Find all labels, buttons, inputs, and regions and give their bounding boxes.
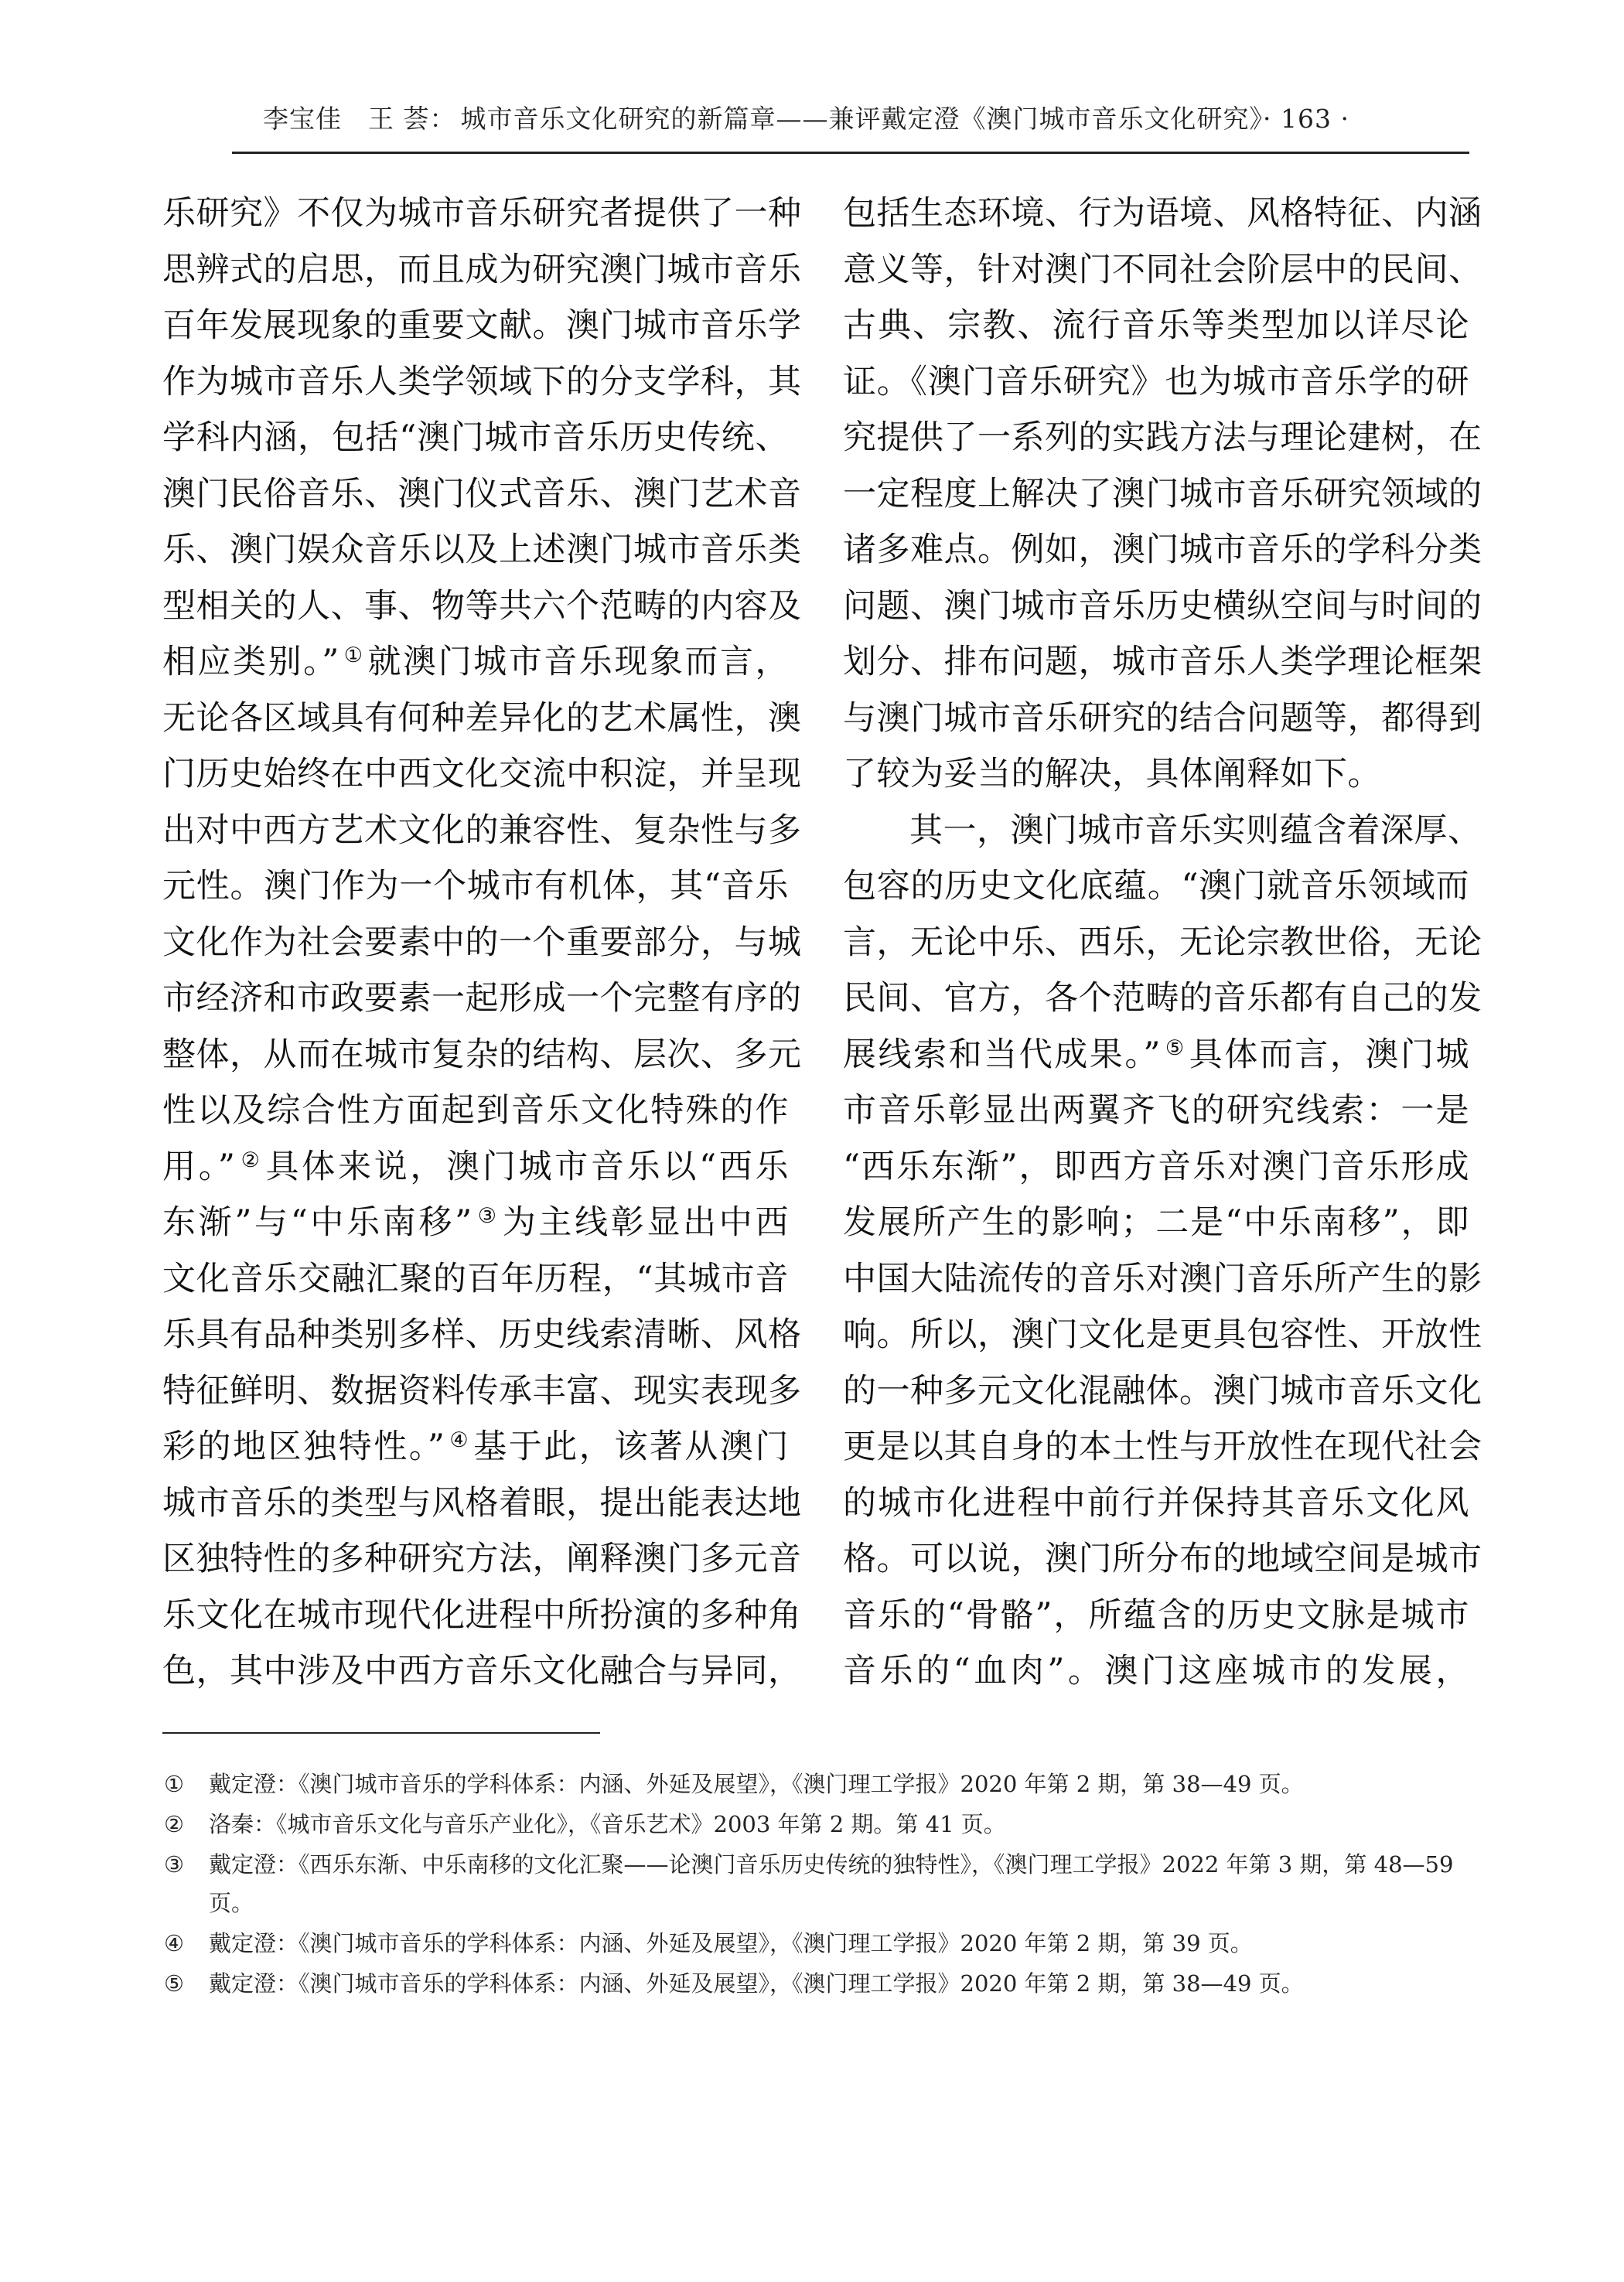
header-authors: 李宝佳 王 荟： — [263, 104, 456, 134]
text-line: 乐文化在城市现代化进程中所扮演的多种角 — [162, 1588, 789, 1644]
text-line: 性以及综合性方面起到音乐文化特殊的作 — [162, 1083, 789, 1139]
footnote-5: ⑤ 戴定澄：《澳门城市音乐的学科体系：内涵、外延及展望》，《澳门理工学报》202… — [155, 1964, 1500, 2003]
text-line: 音乐的“骨骼”，所蕴含的历史文脉是城市 — [843, 1588, 1469, 1644]
text-line: 乐、澳门娱众音乐以及上述澳门城市音乐类 — [162, 522, 789, 578]
text-line: 相应类别。”①就澳门城市音乐现象而言， — [162, 634, 789, 691]
paragraph-start: 其一，澳门城市音乐实则蕴含着深厚、 — [843, 803, 1469, 859]
footnote-text: 戴定澄：《西乐东渐、中乐南移的文化汇聚——论澳门音乐历史传统的独特性》，《澳门理… — [209, 1851, 1453, 1916]
text-line: 市经济和市政要素一起形成一个完整有序的 — [162, 970, 789, 1027]
text-line: 无论各区域具有何种差异化的艺术属性，澳 — [162, 691, 789, 747]
text-line: 言，无论中乐、西乐，无论宗教世俗，无论 — [843, 915, 1469, 971]
page-number: · 163 · — [1263, 104, 1349, 134]
text-line: 特征鲜明、数据资料传承丰富、现实表现多 — [162, 1363, 789, 1420]
text-line: 市音乐彰显出两翼齐飞的研究线索：一是 — [843, 1083, 1469, 1139]
text-line: 的城市化进程中前行并保持其音乐文化风 — [843, 1475, 1469, 1532]
text-line: 学科内涵，包括“澳门城市音乐历史传统、 — [162, 410, 789, 466]
text-line: 出对中西方艺术文化的兼容性、复杂性与多 — [162, 803, 789, 859]
footnote-ref-1[interactable]: ① — [343, 643, 365, 667]
text-line: 澳门民俗音乐、澳门仪式音乐、澳门艺术音 — [162, 466, 789, 523]
text-line: 东渐”与“中乐南移”③为主线彰显出中西 — [162, 1195, 789, 1251]
footnote-ref-2[interactable]: ② — [238, 1148, 262, 1172]
text-line: “西乐东渐”，即西方音乐对澳门音乐形成 — [843, 1139, 1469, 1196]
running-header: 李宝佳 王 荟：城市音乐文化研究的新篇章——兼评戴定澄《澳门城市音乐文化研究》·… — [263, 99, 1469, 145]
text-line: 乐具有品种类别多样、历史线索清晰、风格 — [162, 1307, 789, 1363]
text-line: 型相关的人、事、物等共六个范畴的内容及 — [162, 578, 789, 635]
text-line: 乐研究》不仅为城市音乐研究者提供了一种 — [162, 186, 789, 242]
footnote-ref-3[interactable]: ③ — [476, 1204, 500, 1228]
footnote-mark: ⑤ — [155, 1964, 193, 2003]
text-line: 诸多难点。例如，澳门城市音乐的学科分类 — [843, 522, 1469, 578]
text-line: 民间、官方，各个范畴的音乐都有自己的发 — [843, 970, 1469, 1027]
text-line: 更是以其自身的本土性与开放性在现代社会 — [843, 1419, 1469, 1475]
text-line: 的一种多元文化混融体。澳门城市音乐文化 — [843, 1363, 1469, 1420]
text-line: 思辨式的启思，而且成为研究澳门城市音乐 — [162, 242, 789, 298]
text-line: 用。”②具体来说，澳门城市音乐以“西乐 — [162, 1139, 789, 1196]
footnotes: ① 戴定澄：《澳门城市音乐的学科体系：内涵、外延及展望》，《澳门理工学报》202… — [155, 1765, 1500, 2004]
footnote-text: 戴定澄：《澳门城市音乐的学科体系：内涵、外延及展望》，《澳门理工学报》2020 … — [209, 1771, 1304, 1797]
text-line: 中国大陆流传的音乐对澳门音乐所产生的影 — [843, 1251, 1469, 1308]
text-line: 一定程度上解决了澳门城市音乐研究领域的 — [843, 466, 1469, 523]
text-line: 古典、宗教、流行音乐等类型加以详尽论 — [843, 298, 1469, 354]
footnote-mark: ③ — [155, 1845, 193, 1884]
header-title: 城市音乐文化研究的新篇章——兼评戴定澄《澳门城市音乐文化研究》 — [461, 104, 1264, 134]
footnote-ref-4[interactable]: ④ — [448, 1428, 470, 1452]
footnote-text: 戴定澄：《澳门城市音乐的学科体系：内涵、外延及展望》，《澳门理工学报》2020 … — [209, 1970, 1304, 1997]
text-line: 证。《澳门音乐研究》也为城市音乐学的研 — [843, 354, 1469, 411]
text-line: 文化作为社会要素中的一个重要部分，与城 — [162, 915, 789, 971]
text-line: 了较为妥当的解决，具体阐释如下。 — [843, 746, 1469, 803]
footnote-mark: ② — [155, 1805, 193, 1844]
left-column: 乐研究》不仅为城市音乐研究者提供了一种 思辨式的启思，而且成为研究澳门城市音乐 … — [162, 186, 789, 1700]
text-line: 问题、澳门城市音乐历史横纵空间与时间的 — [843, 578, 1469, 635]
text-line: 门历史始终在中西文化交流中积淀，并呈现 — [162, 746, 789, 803]
text-line: 整体，从而在城市复杂的结构、层次、多元 — [162, 1027, 789, 1083]
footnote-rule — [162, 1732, 600, 1734]
footnote-text: 洛秦：《城市音乐文化与音乐产业化》，《音乐艺术》2003 年第 2 期。第 41… — [209, 1811, 1006, 1837]
text-line: 区独特性的多种研究方法，阐释澳门多元音 — [162, 1531, 789, 1588]
footnote-mark: ① — [155, 1765, 193, 1803]
text-line: 展线索和当代成果。”⑤具体而言，澳门城 — [843, 1027, 1469, 1083]
footnote-4: ④ 戴定澄：《澳门城市音乐的学科体系：内涵、外延及展望》，《澳门理工学报》202… — [155, 1924, 1500, 1963]
text-line: 究提供了一系列的实践方法与理论建树，在 — [843, 410, 1469, 466]
footnote-2: ② 洛秦：《城市音乐文化与音乐产业化》，《音乐艺术》2003 年第 2 期。第 … — [155, 1805, 1500, 1844]
footnote-3: ③ 戴定澄：《西乐东渐、中乐南移的文化汇聚——论澳门音乐历史传统的独特性》，《澳… — [155, 1845, 1500, 1922]
text-line: 划分、排布问题，城市音乐人类学理论框架 — [843, 634, 1469, 691]
text-line: 发展所产生的影响；二是“中乐南移”，即 — [843, 1195, 1469, 1251]
text-line: 色，其中涉及中西方音乐文化融合与异同， — [162, 1643, 789, 1700]
text-line: 与澳门城市音乐研究的结合问题等，都得到 — [843, 691, 1469, 747]
footnote-1: ① 戴定澄：《澳门城市音乐的学科体系：内涵、外延及展望》，《澳门理工学报》202… — [155, 1765, 1500, 1803]
text-line: 意义等，针对澳门不同社会阶层中的民间、 — [843, 242, 1469, 298]
text-line: 元性。澳门作为一个城市有机体，其“音乐 — [162, 858, 789, 915]
footnote-mark: ④ — [155, 1924, 193, 1963]
text-line: 音乐的“血肉”。澳门这座城市的发展， — [843, 1643, 1469, 1700]
right-column: 包括生态环境、行为语境、风格特征、内涵 意义等，针对澳门不同社会阶层中的民间、 … — [843, 186, 1469, 1700]
text-line: 作为城市音乐人类学领域下的分支学科，其 — [162, 354, 789, 411]
text-line: 彩的地区独特性。”④基于此，该著从澳门 — [162, 1419, 789, 1475]
text-line: 百年发展现象的重要文献。澳门城市音乐学 — [162, 298, 789, 354]
text-line: 城市音乐的类型与风格着眼，提出能表达地 — [162, 1475, 789, 1532]
text-line: 文化音乐交融汇聚的百年历程，“其城市音 — [162, 1251, 789, 1308]
header-rule — [232, 152, 1469, 154]
footnote-ref-5[interactable]: ⑤ — [1164, 1036, 1186, 1060]
text-line: 格。可以说，澳门所分布的地域空间是城市 — [843, 1531, 1469, 1588]
footnote-text: 戴定澄：《澳门城市音乐的学科体系：内涵、外延及展望》，《澳门理工学报》2020 … — [209, 1930, 1253, 1956]
text-line: 包括生态环境、行为语境、风格特征、内涵 — [843, 186, 1469, 242]
text-line: 响。所以，澳门文化是更具包容性、开放性 — [843, 1307, 1469, 1363]
text-line: 包容的历史文化底蕴。“澳门就音乐领域而 — [843, 858, 1469, 915]
